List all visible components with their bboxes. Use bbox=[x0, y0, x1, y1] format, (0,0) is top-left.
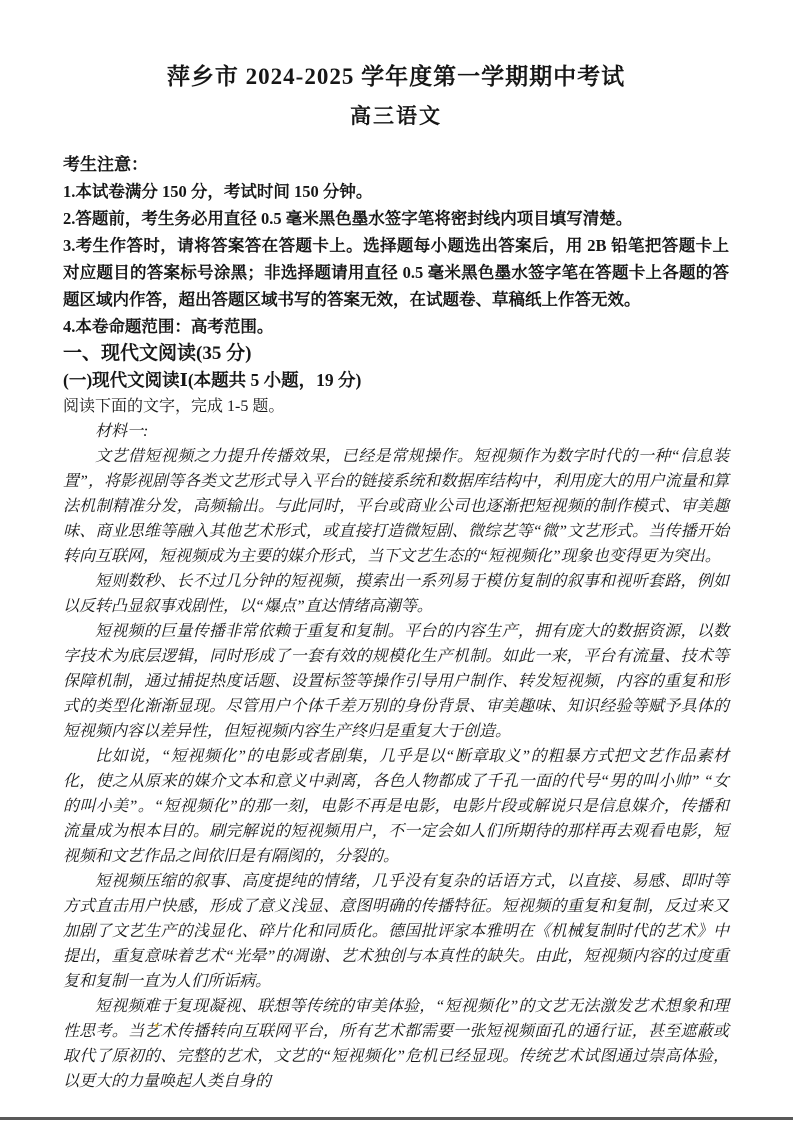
exam-subject-title: 高三语文 bbox=[63, 103, 729, 130]
exam-title: 萍乡市 2024-2025 学年度第一学期期中考试 bbox=[63, 62, 729, 91]
material-paragraph-1: 文艺借短视频之力提升传播效果，已经是常规操作。短视频作为数字时代的一种“信息装置… bbox=[63, 444, 729, 569]
material-one-label: 材料一: bbox=[63, 419, 729, 444]
exam-page: 萍乡市 2024-2025 学年度第一学期期中考试 高三语文 考生注意： 1.本… bbox=[0, 0, 793, 1122]
material-paragraph-2: 短则数秒、长不过几分钟的短视频，摸索出一系列易于模仿复制的叙事和视听套路，例如以… bbox=[63, 569, 729, 619]
material-paragraph-5: 短视频压缩的叙事、高度提纯的情绪，几乎没有复杂的话语方式，以直接、易感、即时等方… bbox=[63, 869, 729, 994]
section-heading-modern-reading: 一、现代文阅读(35 分) bbox=[63, 340, 729, 367]
material-paragraph-4: 比如说，“短视频化”的电影或者剧集，几乎是以“断章取义”的粗暴方式把文艺作品素材… bbox=[63, 744, 729, 869]
material-paragraph-6: 短视频难于复现凝视、联想等传统的审美体验，“短视频化”的文艺无法激发艺术想象和理… bbox=[63, 994, 729, 1094]
reading-instruction: 阅读下面的文字，完成 1-5 题。 bbox=[63, 394, 729, 419]
notice-item-4: 4.本卷命题范围：高考范围。 bbox=[63, 313, 729, 340]
examinee-notice: 考生注意： 1.本试卷满分 150 分，考试时间 150 分钟。 2.答题前，考… bbox=[63, 151, 729, 340]
notice-item-2: 2.答题前，考生务必用直径 0.5 毫米黑色墨水签字笔将密封线内项目填写清楚。 bbox=[63, 205, 729, 232]
scan-artifact-dot bbox=[155, 1024, 158, 1027]
material-paragraph-3: 短视频的巨量传播非常依赖于重复和复制。平台的内容生产，拥有庞大的数据资源，以数字… bbox=[63, 619, 729, 744]
page-content: 萍乡市 2024-2025 学年度第一学期期中考试 高三语文 考生注意： 1.本… bbox=[0, 0, 793, 1094]
notice-heading: 考生注意： bbox=[63, 151, 729, 178]
notice-item-3: 3.考生作答时，请将答案答在答题卡上。选择题每小题选出答案后，用 2B 铅笔把答… bbox=[63, 232, 729, 313]
bottom-divider bbox=[0, 1117, 793, 1120]
section-subheading-reading-1: (一)现代文阅读Ⅰ(本题共 5 小题，19 分) bbox=[63, 367, 729, 394]
notice-item-1: 1.本试卷满分 150 分，考试时间 150 分钟。 bbox=[63, 178, 729, 205]
